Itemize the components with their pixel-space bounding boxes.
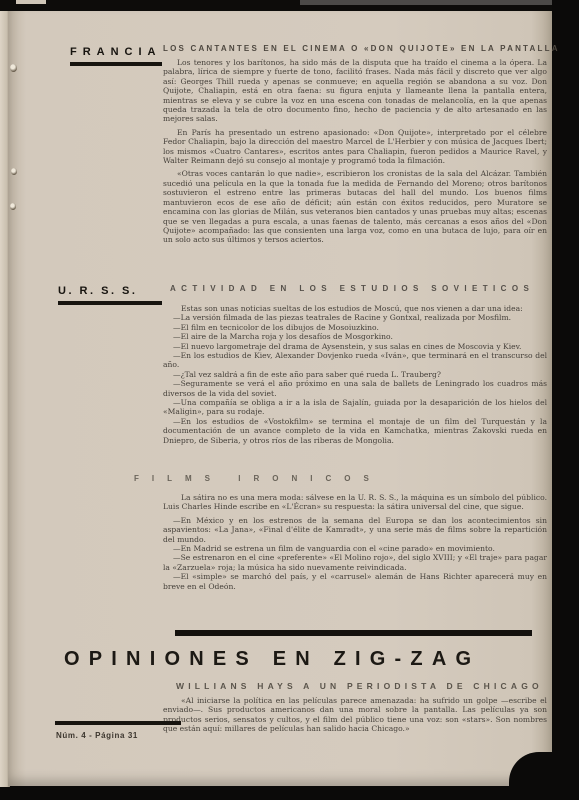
article-body-films: La sátira no es una mera moda: sálvese e… bbox=[163, 493, 547, 622]
scan-right-border bbox=[552, 0, 579, 800]
list-item: —En Madrid se estrena un film de vanguar… bbox=[163, 544, 547, 553]
article-title-francia: LOS CANTANTES EN EL CINEMA O «DON QUIJOT… bbox=[163, 44, 560, 53]
section-label-francia: FRANCIA bbox=[70, 46, 162, 58]
list-item: —El «simple» se marchó del país, y el «c… bbox=[163, 572, 547, 591]
list-item: —El film en tecnicolor de los dibujos de… bbox=[163, 323, 547, 332]
scan-top-chip bbox=[16, 0, 46, 4]
page-number-label: Núm. 4 - Página 31 bbox=[56, 731, 138, 740]
scan-bottom-border bbox=[0, 787, 579, 800]
article-body-urss: Estas son unas noticias sueltas de los e… bbox=[163, 304, 547, 467]
section-title-films: FILMS IRONICOS bbox=[134, 474, 382, 483]
paragraph: «Otras voces cantarán lo que nadie», esc… bbox=[163, 169, 547, 244]
list-item: —Una compañía se obliga a ir a la isla d… bbox=[163, 398, 547, 417]
paragraph: En París ha presentado un estreno apasio… bbox=[163, 128, 547, 166]
paragraph: «Al iniciarse la política en las películ… bbox=[163, 696, 547, 734]
list-item: —¿Tal vez saldrá a fin de este año para … bbox=[163, 370, 547, 379]
section-underline-urss bbox=[58, 301, 162, 305]
list-item: —En los estudios de Kiev, Alexander Dovj… bbox=[163, 351, 547, 370]
binding-hole bbox=[11, 168, 17, 175]
binding-hole bbox=[10, 203, 16, 210]
subheadline-opiniones: WILLIANS HAYS A UN PERIODISTA DE CHICAGO bbox=[176, 681, 543, 691]
article-title-urss: ACTIVIDAD EN LOS ESTUDIOS SOVIETICOS bbox=[170, 284, 534, 293]
list-item: —El nuevo largometraje del drama de Ayse… bbox=[163, 342, 547, 351]
article-body-opiniones: «Al iniciarse la política en las películ… bbox=[163, 696, 547, 762]
paragraph: Los tenores y los barítonos, ha sido más… bbox=[163, 58, 547, 124]
list-item: —El aire de la Marcha roja y los desafío… bbox=[163, 332, 547, 341]
list-item: —En México y en los estrenos de la seman… bbox=[163, 516, 547, 544]
paragraph: La sátira no es una mera moda: sálvese e… bbox=[163, 493, 547, 512]
section-label-urss: U. R. S. S. bbox=[58, 285, 137, 297]
list-item: —En los estudios de «Vostokfilm» se term… bbox=[163, 417, 547, 445]
section-divider-rule bbox=[175, 630, 532, 636]
scanned-magazine-page: { "page": { "paper_color": "#d3c9bc", "f… bbox=[0, 0, 579, 800]
headline-opiniones: OPINIONES EN ZIG-ZAG bbox=[64, 648, 480, 671]
list-item: —Seguramente se verá el año próximo en u… bbox=[163, 379, 547, 398]
article-body-francia: Los tenores y los barítonos, ha sido más… bbox=[163, 58, 547, 270]
list-item: —La versión filmada de las piezas teatra… bbox=[163, 313, 547, 322]
paragraph: Estas son unas noticias sueltas de los e… bbox=[163, 304, 547, 313]
footer-rule bbox=[55, 721, 181, 725]
binding-hole bbox=[10, 64, 17, 72]
scan-top-gray-border bbox=[300, 0, 579, 5]
section-underline-francia bbox=[70, 62, 162, 66]
list-item: —Se estrenaron en el cine «preferente» «… bbox=[163, 553, 547, 572]
